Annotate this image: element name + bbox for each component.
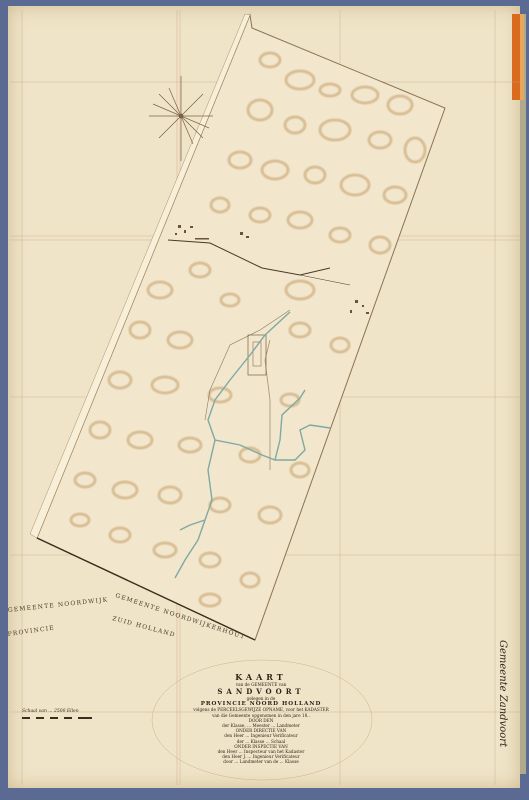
- municipality-area: [37, 15, 445, 640]
- title-line: door ... Landmeter van de ... Klasse: [176, 759, 346, 764]
- label-provincie: PROVINCIE: [7, 624, 55, 638]
- label-zuid-holland: ZUID HOLLAND: [111, 615, 176, 639]
- scale-bar-label: Schaal van ... 2500 Ellen: [22, 709, 79, 714]
- label-gemeente-noordwijk: GEMEENTE NOORDWIJK: [7, 596, 108, 614]
- title-heading: KAART: [176, 672, 346, 682]
- title-municipality: SANDVOORT: [176, 687, 346, 696]
- scale-bar: [22, 717, 92, 719]
- title-line: volgens de PERCEELSGEWIJZE OPNAME, voor …: [176, 707, 346, 712]
- map-title-block: KAART van de GEMEENTE van SANDVOORT gele…: [176, 672, 346, 765]
- archive-signature: Gemeente Zandvoort: [497, 640, 508, 780]
